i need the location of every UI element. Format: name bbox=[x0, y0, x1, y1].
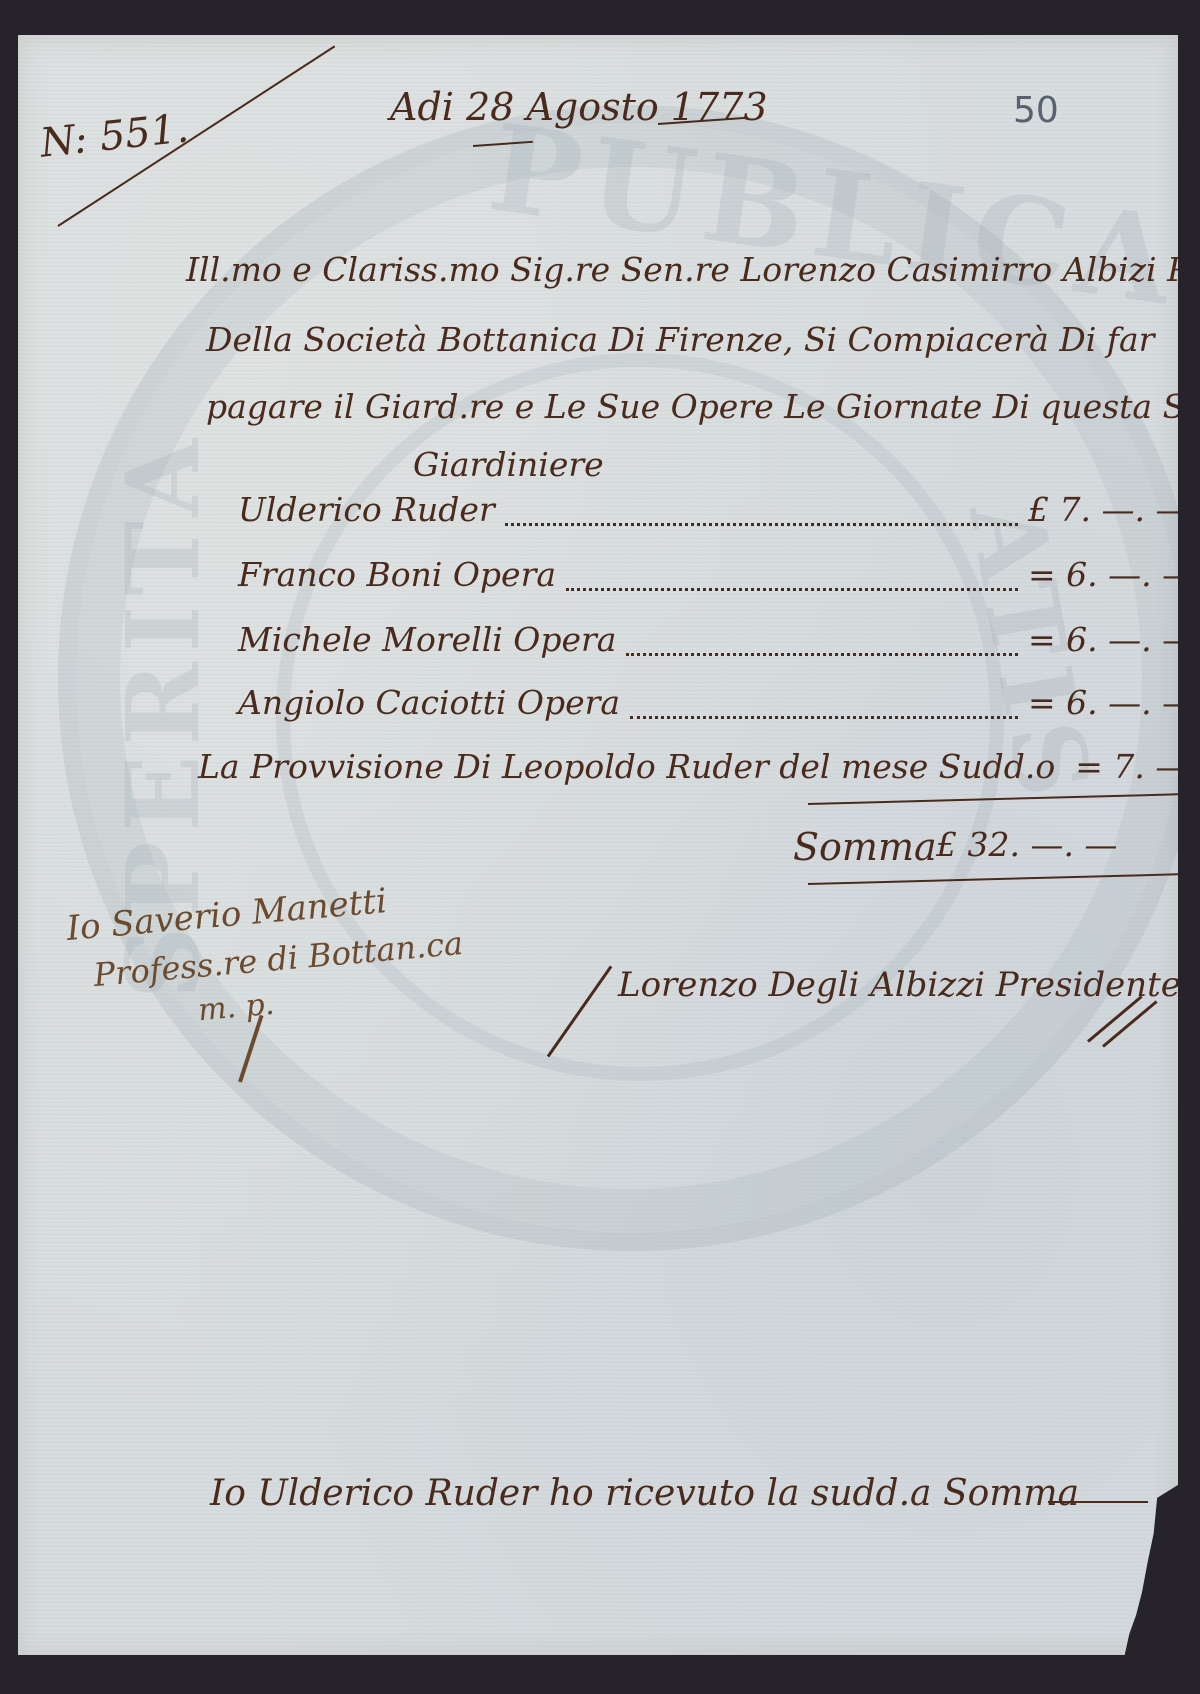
folio-number: 50 bbox=[1013, 90, 1059, 131]
ledger-amount: = 7. —. — bbox=[1075, 747, 1200, 786]
ledger-name: Angiolo Caciotti Opera bbox=[238, 683, 620, 722]
section-heading: Giardiniere bbox=[413, 445, 604, 484]
ledger-amount: = 6. —. — bbox=[1028, 555, 1198, 594]
leader-dots bbox=[505, 505, 1018, 526]
document-date: Adi 28 Agosto 1773 bbox=[390, 85, 768, 129]
ledger-row: Angiolo Caciotti Opera = 6. —. — bbox=[238, 683, 1198, 733]
document-number: N: 551. bbox=[38, 105, 191, 166]
ledger-name: Ulderico Ruder bbox=[238, 490, 495, 529]
ledger-row: Ulderico Ruder £ 7. —. — bbox=[238, 490, 1198, 540]
salutation-line-1: Ill.mo e Clariss.mo Sig.re Sen.re Lorenz… bbox=[186, 250, 1200, 289]
ledger-name: La Provvisione Di Leopoldo Ruder del mes… bbox=[198, 747, 1055, 786]
document-page: PUBLICA SPERITA ATIS N: 551. Adi 28 Agos… bbox=[18, 35, 1178, 1655]
leader-dots bbox=[566, 570, 1018, 591]
ledger-amount: = 6. —. — bbox=[1028, 620, 1198, 659]
leader-dots bbox=[630, 698, 1018, 719]
receipt-tail-stroke bbox=[1048, 1501, 1148, 1503]
ledger-name: Michele Morelli Opera bbox=[238, 620, 616, 659]
receipt-statement: Io Ulderico Ruder ho ricevuto la sudd.a … bbox=[210, 1473, 1079, 1514]
salutation-line-3: pagare il Giard.re e Le Sue Opere Le Gio… bbox=[206, 387, 1200, 426]
total-label: Somma bbox=[793, 825, 937, 869]
salutation-line-2: Della Società Bottanica Di Firenze, Si C… bbox=[206, 320, 1154, 359]
ledger-amount: = 6. —. — bbox=[1028, 683, 1198, 722]
ledger-name: Franco Boni Opera bbox=[238, 555, 556, 594]
ledger-row: Michele Morelli Opera = 6. —. — bbox=[238, 620, 1198, 670]
ledger-row: Franco Boni Opera = 6. —. — bbox=[238, 555, 1198, 605]
leader-dots bbox=[626, 635, 1018, 656]
ledger-amount: £ 7. —. — bbox=[1028, 490, 1198, 529]
ledger-row: La Provvisione Di Leopoldo Ruder del mes… bbox=[198, 747, 1198, 797]
total-amount: £ 32. —. — bbox=[936, 825, 1117, 864]
president-signature: Lorenzo Degli Albizzi Presidente bbox=[618, 965, 1181, 1005]
annotation-line-3: m. p. bbox=[197, 987, 276, 1029]
